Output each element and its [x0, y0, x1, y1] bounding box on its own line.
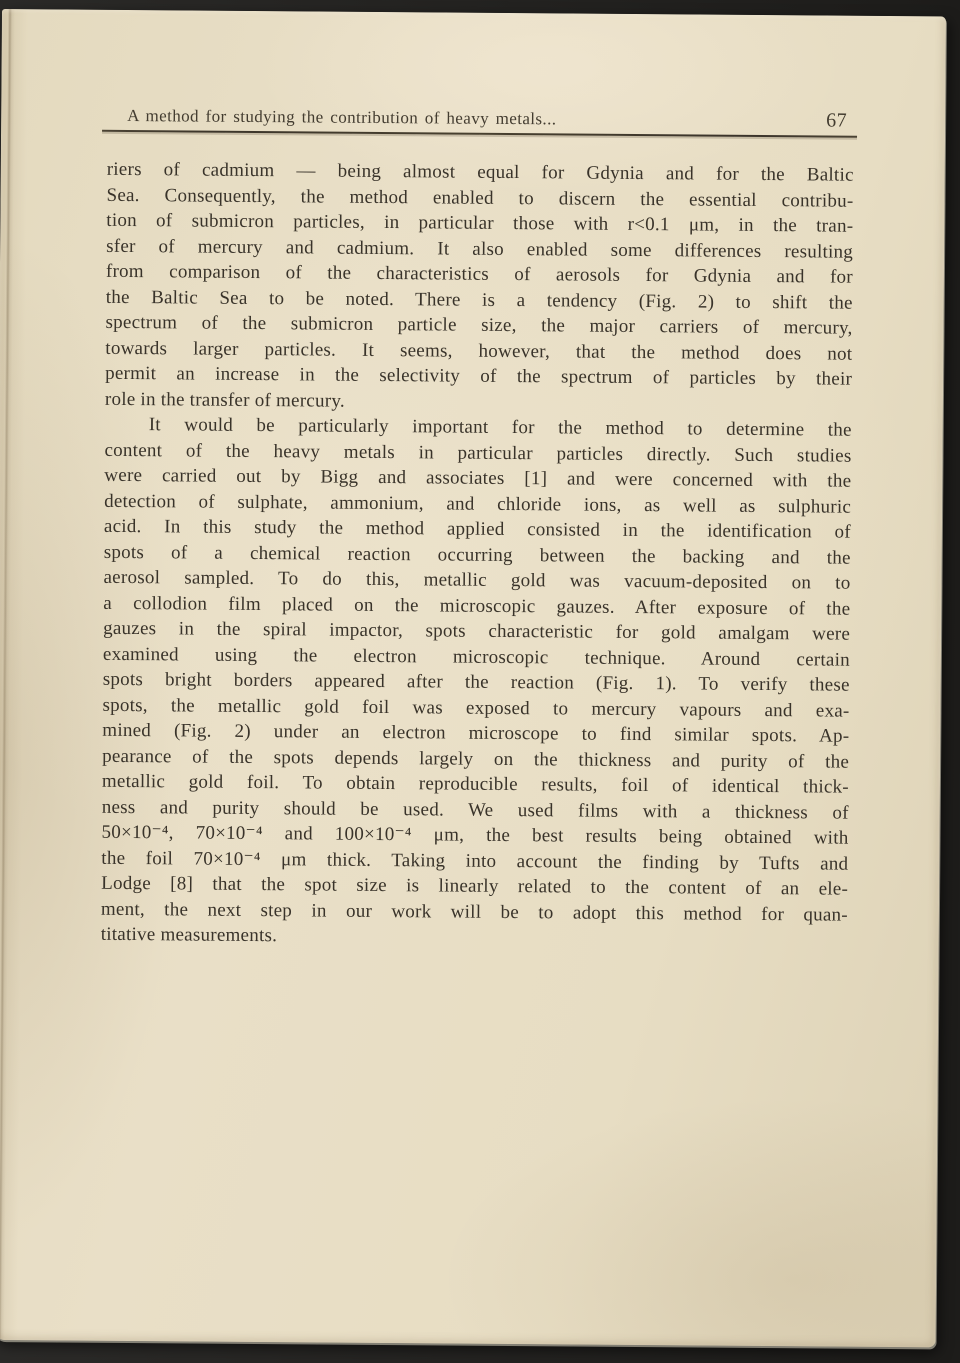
scanner-background: A method for studying the contribution o…	[0, 0, 960, 1363]
paper-page: A method for studying the contribution o…	[0, 9, 946, 1347]
running-header: A method for studying the contribution o…	[101, 104, 853, 133]
page-number: 67	[826, 109, 853, 132]
header-title: A method for studying the contribution o…	[127, 106, 556, 129]
page-body: riers of cadmium — being almost equal fo…	[101, 157, 854, 953]
scanned-document: { "document": { "header": { "title": "A …	[0, 0, 960, 1363]
